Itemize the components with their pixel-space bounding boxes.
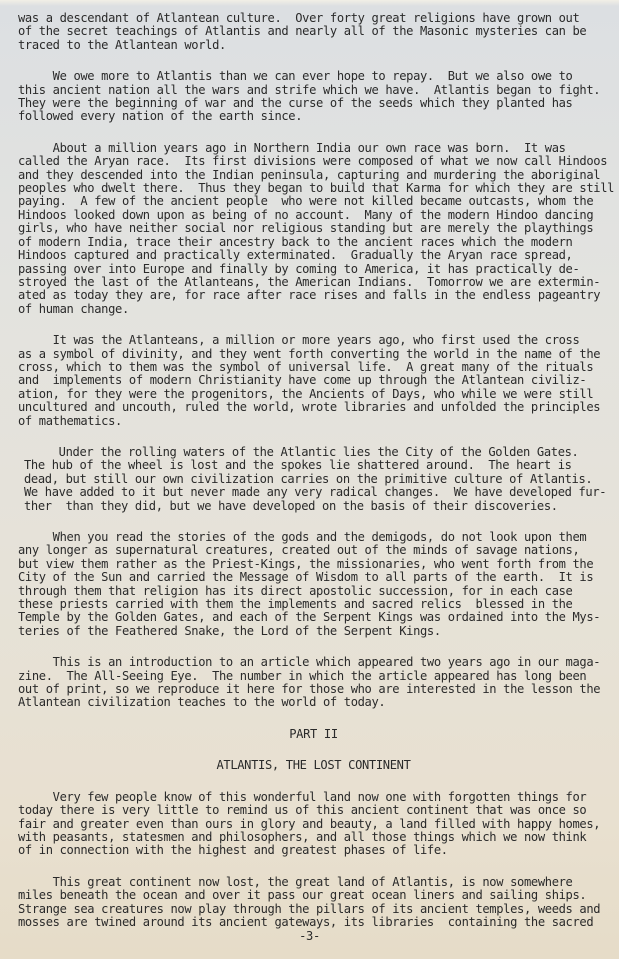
paragraph: We owe more to Atlantis than we can ever… [18, 70, 609, 124]
document-page: was a descendant of Atlantean culture. O… [0, 0, 619, 959]
paragraph: Very few people know of this wonderful l… [18, 791, 609, 858]
page-number: -3- [0, 930, 619, 943]
paragraph: was a descendant of Atlantean culture. O… [18, 12, 609, 52]
body-section-middle: When you read the stories of the gods an… [18, 531, 609, 710]
body-section-top: was a descendant of Atlantean culture. O… [18, 12, 609, 428]
body-section-bottom: Very few people know of this wonderful l… [18, 791, 609, 930]
paragraph: About a million years ago in Northern In… [18, 142, 609, 316]
quote-block: Under the rolling waters of the Atlantic… [18, 446, 609, 513]
paragraph: Under the rolling waters of the Atlantic… [24, 446, 609, 513]
paragraph: When you read the stories of the gods an… [18, 531, 609, 638]
part-heading: PART II [18, 728, 609, 741]
paragraph: This great continent now lost, the great… [18, 876, 609, 930]
paper-top-edge [0, 0, 619, 6]
paragraph: This is an introduction to an article wh… [18, 656, 609, 710]
section-title: ATLANTIS, THE LOST CONTINENT [18, 759, 609, 772]
paragraph: It was the Atlanteans, a million or more… [18, 334, 609, 428]
